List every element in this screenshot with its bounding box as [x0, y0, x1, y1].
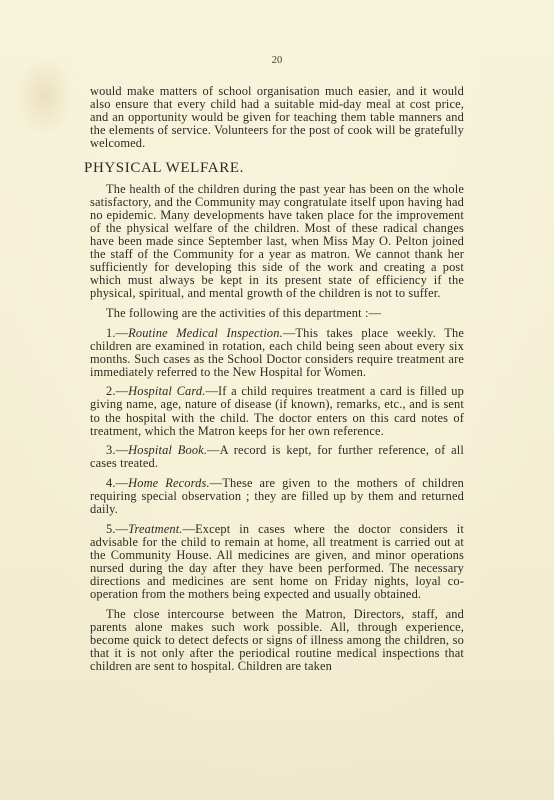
closing-paragraph: The close intercourse between the Matron… — [90, 608, 464, 673]
item-number: 4.— — [106, 476, 128, 490]
document-page: 20 would make matters of school organisa… — [0, 0, 554, 800]
item-number: 3.— — [106, 443, 128, 457]
item-title: Home Records. — [128, 476, 210, 490]
activity-item-5: 5.—Treatment.—Except in cases where the … — [90, 523, 464, 602]
welfare-paragraph: The health of the children during the pa… — [90, 183, 464, 301]
activity-item-1: 1.—Routine Medical Inspection.—This take… — [90, 327, 464, 379]
activity-item-3: 3.—Hospital Book.—A record is kept, for … — [90, 444, 464, 470]
intro-paragraph: would make matters of school organisatio… — [90, 85, 464, 150]
page-number: 20 — [0, 55, 554, 66]
body-text: would make matters of school organisatio… — [90, 85, 464, 680]
item-number: 2.— — [106, 384, 128, 398]
item-number: 1.— — [106, 326, 128, 340]
item-title: Routine Medical Inspection. — [128, 326, 283, 340]
activities-intro: The following are the activities of this… — [90, 307, 464, 320]
item-title: Hospital Card. — [128, 384, 205, 398]
item-title: Treatment. — [128, 522, 182, 536]
item-number: 5.— — [106, 522, 128, 536]
item-title: Hospital Book. — [128, 443, 207, 457]
activity-item-2: 2.—Hospital Card.—If a child requires tr… — [90, 385, 464, 437]
activity-item-4: 4.—Home Records.—These are given to the … — [90, 477, 464, 516]
section-heading: PHYSICAL WELFARE. — [84, 162, 464, 175]
